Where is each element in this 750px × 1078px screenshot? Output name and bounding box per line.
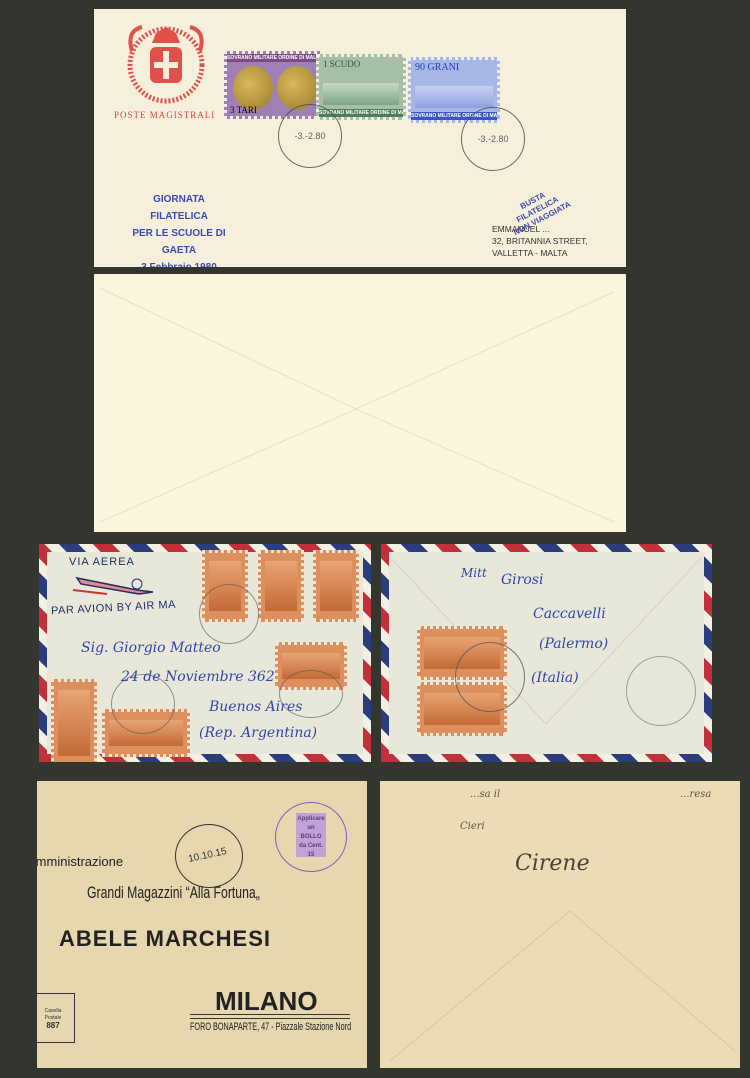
recipient-city: Buenos Aires xyxy=(209,699,302,715)
administration-label: Amministrazione xyxy=(37,854,123,869)
airplane-icon xyxy=(67,572,157,598)
malta-cover-front: POSTE MAGISTRALI SOVRANO MILITARE ORDINE… xyxy=(94,9,626,267)
postmark xyxy=(199,584,259,644)
pencil-note: ...resa xyxy=(680,789,711,800)
airmail-cover-front: VIA AEREA PAR AVION BY AIR MA Sig. Giorg… xyxy=(39,544,371,762)
envelope-flap-icon xyxy=(380,781,740,1068)
postmark-1: -3.-2.80 xyxy=(278,104,342,168)
envelope-flap-icon xyxy=(94,274,626,532)
recipient-name: Sig. Giorgio Matteo xyxy=(81,640,221,656)
malta-cover-back xyxy=(94,274,626,532)
italian-stamp xyxy=(51,679,97,762)
milano-cover-front: Amministrazione 10.10.15 Applicare un BO… xyxy=(37,781,367,1068)
palermo-airmail-postmark xyxy=(455,642,525,712)
owner-name: ABELE MARCHESI xyxy=(59,926,271,952)
sender-town: Caccavelli xyxy=(533,606,606,622)
handwritten-cirene: Cirene xyxy=(515,851,590,876)
coin-icon xyxy=(233,66,273,110)
pencil-note: ...sa il xyxy=(470,789,500,800)
airmail-cover-back: Mitt Girosi Caccavelli (Palermo) (Italia… xyxy=(381,544,712,762)
regiment-stamp: Applicare un BOLLO da Cent. 15 xyxy=(275,802,347,872)
postmark-2: -3.-2.80 xyxy=(461,107,525,171)
poste-magistrali-label: POSTE MAGISTRALI xyxy=(114,110,215,120)
recipient-country: (Rep. Argentina) xyxy=(199,725,317,741)
sender-name: Girosi xyxy=(501,572,543,588)
sender-country: (Italia) xyxy=(531,670,579,686)
event-text: GIORNATA FILATELICA PER LE SCUOLE DI GAE… xyxy=(124,191,234,267)
recipient-address: EMMANUEL ... 32, BRITANNIA STREET, VALLE… xyxy=(492,223,588,259)
city-name: MILANO xyxy=(215,986,318,1017)
milano-cover-back: Cirene Cieri ...sa il ...resa xyxy=(380,781,740,1068)
order-of-malta-crest-icon xyxy=(122,21,210,105)
sender-label: Mitt xyxy=(461,566,487,580)
recipient-street: 24 de Noviembre 362 xyxy=(121,669,275,685)
via-aerea-label: VIA AEREA xyxy=(69,556,135,568)
ship-scene-icon xyxy=(323,83,399,105)
posta-militare-postmark: 10.10.15 xyxy=(175,824,243,888)
divider xyxy=(190,1014,350,1019)
street-address: FORO BONAPARTE, 47 - Piazzale Stazione N… xyxy=(190,1021,351,1033)
pencil-note: Cieri xyxy=(460,821,485,832)
italian-stamp xyxy=(258,550,304,622)
steamship-icon xyxy=(415,86,493,108)
casella-postale-box: Casella Postale 887 xyxy=(37,993,75,1043)
palermo-airmail-postmark xyxy=(626,656,696,726)
italian-stamp xyxy=(313,550,359,622)
sender-province: (Palermo) xyxy=(539,636,608,652)
company-name: Grandi Magazzini “Alla Fortuna„ xyxy=(87,883,260,903)
